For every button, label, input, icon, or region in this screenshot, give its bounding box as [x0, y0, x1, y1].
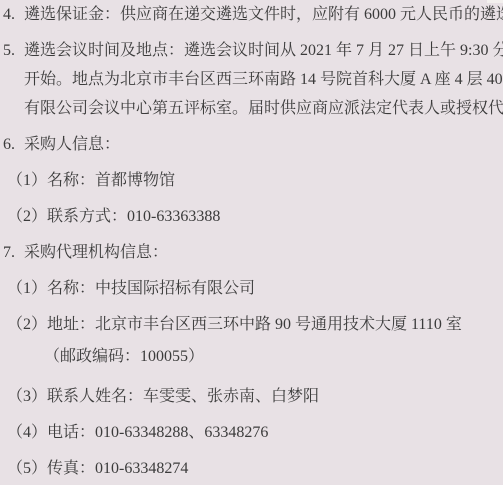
tender-notice-body: 4. 遴选保证金：供应商在递交遴选文件时，应附有 6000 元人民币的遴选保证金…: [0, 0, 503, 483]
sub-item-number: （2）: [7, 310, 47, 339]
sub-item-number: （5）: [7, 454, 47, 483]
list-item-meeting: 5. 遴选会议时间及地点：遴选会议时间从 2021 年 7 月 27 日上午 9…: [0, 36, 503, 123]
purchaser-name: 名称：首都博物馆: [47, 166, 503, 195]
purchaser-name-line: （1） 名称：首都博物馆: [0, 166, 503, 195]
item-number: 6.: [0, 130, 24, 159]
purchaser-heading: 采购人信息：: [24, 130, 503, 159]
scan-edge-artifact: [487, 0, 503, 3]
sub-item-number: （4）: [7, 418, 47, 447]
sub-item-number: （1）: [7, 274, 47, 303]
agency-phone-line: （4） 电话：010-63348288、63348276: [0, 418, 503, 447]
list-item-deposit: 4. 遴选保证金：供应商在递交遴选文件时，应附有 6000 元人民币的遴选保证金…: [0, 0, 503, 29]
postal-code-line: （邮政编码：100055）: [0, 342, 503, 371]
sub-item-number: （2）: [7, 202, 47, 231]
agency-fax: 传真：010-63348274: [47, 454, 503, 483]
item-number: 4.: [0, 0, 24, 29]
agency-name-line: （1） 名称：中技国际招标有限公司: [0, 274, 503, 303]
item-number: 5.: [0, 36, 24, 123]
meeting-paragraph: 遴选会议时间及地点：遴选会议时间从 2021 年 7 月 27 日上午 9:30…: [24, 36, 503, 123]
purchaser-contact-line: （2） 联系方式：010-63363388: [0, 202, 503, 231]
paragraph-line: 遴选会议时间及地点：遴选会议时间从 2021 年 7 月 27 日上午 9:30…: [24, 36, 503, 65]
agency-name: 名称：中技国际招标有限公司: [47, 274, 503, 303]
sub-item-number: （1）: [7, 166, 47, 195]
list-item-agency: 7. 采购代理机构信息：: [0, 238, 503, 267]
agency-contacts: 联系人姓名：车雯雯、张赤南、白梦阳: [47, 382, 503, 411]
sub-item-number: （3）: [7, 382, 47, 411]
agency-contacts-line: （3） 联系人姓名：车雯雯、张赤南、白梦阳: [0, 382, 503, 411]
item-number: 7.: [0, 238, 24, 267]
deposit-text: 遴选保证金：供应商在递交遴选文件时，应附有 6000 元人民币的遴选保证金。: [24, 0, 503, 29]
list-item-purchaser: 6. 采购人信息：: [0, 130, 503, 159]
agency-phone: 电话：010-63348288、63348276: [47, 418, 503, 447]
paragraph-line: 开始。地点为北京市丰台区西三环南路 14 号院首科大厦 A 座 4 层 405 …: [24, 65, 503, 94]
agency-fax-line: （5） 传真：010-63348274: [0, 454, 503, 483]
paragraph-line: 有限公司会议中心第五评标室。届时供应商应派法定代表人或授权代表参加遴选会议。: [24, 94, 503, 123]
agency-heading: 采购代理机构信息：: [24, 238, 503, 267]
purchaser-contact: 联系方式：010-63363388: [47, 202, 503, 231]
agency-address-line: （2） 地址：北京市丰台区西三环中路 90 号通用技术大厦 1110 室: [0, 310, 503, 339]
agency-address: 地址：北京市丰台区西三环中路 90 号通用技术大厦 1110 室: [47, 310, 503, 339]
document-page: { "page": { "background": "#e8e1e5", "te…: [0, 0, 503, 485]
